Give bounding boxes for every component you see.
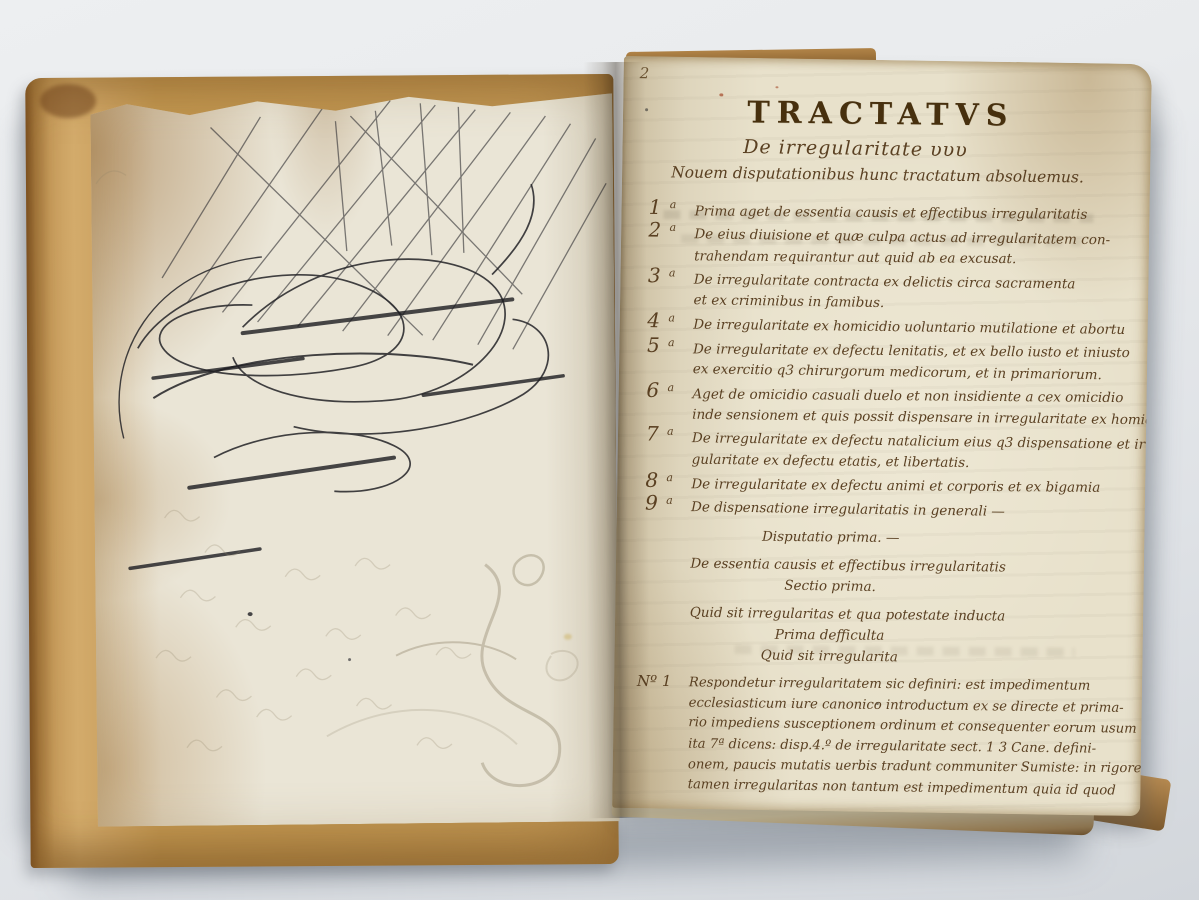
manuscript-line-text: De irregularitate ex defectu animi et co… <box>691 476 1100 496</box>
manuscript-line-text: Nouem disputationibus hunc tractatum abs… <box>671 163 1084 186</box>
item-number-superscript: a <box>669 262 676 283</box>
manuscript-line-text: De essentia causis et effectibus irregul… <box>690 556 1006 576</box>
manuscript-line-text: Quid sit irregularita <box>761 647 898 665</box>
manuscript-line-text: Sectio prima. <box>784 578 876 595</box>
book-gutter-shadow <box>583 62 650 818</box>
item-number-superscript: a <box>669 217 676 238</box>
manuscript-line: 1 a Prima aget de essentia causis et eff… <box>643 201 1117 226</box>
manuscript-line: Quid sit irregularita <box>637 644 1021 671</box>
item-number: 3 <box>648 265 662 286</box>
left-page <box>90 93 620 826</box>
manuscript-line-text: TRACTATVS <box>747 95 1014 133</box>
manuscript-text: TRACTATVS De irregularitate υυυ Nouem di… <box>636 91 1119 801</box>
faint-flourish-icon <box>325 555 579 788</box>
item-number-superscript: a <box>668 307 675 328</box>
manuscript-line-text: Respondetur irregularitatem sic definiri… <box>689 675 1090 694</box>
manuscript-line-text: ita 7ª dicens: disp.4.º de irregularitat… <box>688 736 1096 756</box>
manuscript-line-text: ex exercitio q3 chirurgorum medicorum, e… <box>693 361 1102 383</box>
right-page: 2 TRACTATVS De irregularitate υυυ <box>612 56 1152 816</box>
manuscript-line: gularitate ex defectu etatis, et liberta… <box>640 449 1114 476</box>
bleedthrough-squiggles-icon <box>96 167 472 752</box>
manuscript-line-text: onem, paucis mutatis uerbis tradunt comm… <box>688 757 1142 776</box>
manuscript-line: 4 a De irregularitate ex homicidio uolun… <box>641 314 1115 341</box>
item-number-superscript: a <box>666 467 673 488</box>
item-number: 5 <box>647 335 661 356</box>
red-speck <box>775 86 778 88</box>
manuscript-line-text: Prima defficulta <box>775 627 885 644</box>
manuscript-line-text: gularitate ex defectu etatis, et liberta… <box>692 452 970 471</box>
manuscript-line-text: et ex criminibus in famibus. <box>693 292 884 311</box>
manuscript-line-text: Quid sit irregularitas et qua potestate … <box>690 605 1006 625</box>
manuscript-line-text: trahendam requirantur aut quid ab ea exc… <box>694 248 1016 267</box>
ink-speck <box>248 612 253 616</box>
item-number-superscript: a <box>670 194 677 215</box>
item-number: 2 <box>648 220 662 241</box>
manuscript-line: 9 a De dispensatione irregularitatis in … <box>639 496 1113 524</box>
manuscript-line-text: Aget de omicidio casuali duelo et non in… <box>692 386 1123 406</box>
item-number-superscript: a <box>668 332 675 353</box>
manuscript-line: 8 a De irregularitate ex defectu animi e… <box>639 474 1113 499</box>
manuscript-line: inde sensionem et quis possit dispensare… <box>640 404 1114 431</box>
item-number-superscript: a <box>667 421 674 442</box>
item-number-superscript: a <box>666 490 673 511</box>
cover-worn-corner <box>40 84 96 118</box>
item-number: 4 <box>647 310 661 331</box>
manuscript-line-text: De irregularitate contracta ex delictis … <box>694 272 1076 293</box>
manuscript-line-text: ecclesiasticum iure canonico introductum… <box>689 695 1124 715</box>
item-number-superscript: a <box>667 377 674 398</box>
item-number: 1 <box>649 197 663 218</box>
manuscript-line-text: De eius diuisione et quæ culpa actus ad … <box>694 226 1110 248</box>
ink-speck <box>348 658 351 661</box>
stain-spot <box>564 634 572 640</box>
manuscript-line-text: inde sensionem et quis possit dispensare… <box>692 407 1152 429</box>
pen-scribbles-svg <box>90 93 620 826</box>
manuscript-line-text: De irregularitate ex homicidio uoluntari… <box>693 317 1125 338</box>
manuscript-line-text: De irregularitate υυυ <box>743 136 968 161</box>
manuscript-line-text: De irregularitate ex defectu lenitatis, … <box>693 341 1130 361</box>
manuscript-line-text: tamen irregularitas non tantum est imped… <box>688 777 1116 798</box>
manuscript-line: Disputatio prima. — <box>639 526 1023 550</box>
item-number: 6 <box>646 380 660 401</box>
manuscript-line-text: rio impediens susceptionem ordinum et co… <box>688 715 1136 737</box>
manuscript-line: Nouem disputationibus hunc tractatum abs… <box>643 160 1117 191</box>
manuscript-line: TRACTATVS <box>644 91 1118 139</box>
photo-scene: 2 TRACTATVS De irregularitate υυυ <box>0 0 1199 900</box>
manuscript-line-text: Disputatio prima. — <box>762 529 900 546</box>
manuscript-line: trahendam requirantur aut quid ab ea exc… <box>642 246 1116 271</box>
manuscript-line-text: De dispensatione irregularitatis in gene… <box>691 499 1005 520</box>
manuscript-line: Sectio prima. <box>638 574 1022 601</box>
manuscript-line-text: Prima aget de essentia causis et effecti… <box>695 203 1088 222</box>
